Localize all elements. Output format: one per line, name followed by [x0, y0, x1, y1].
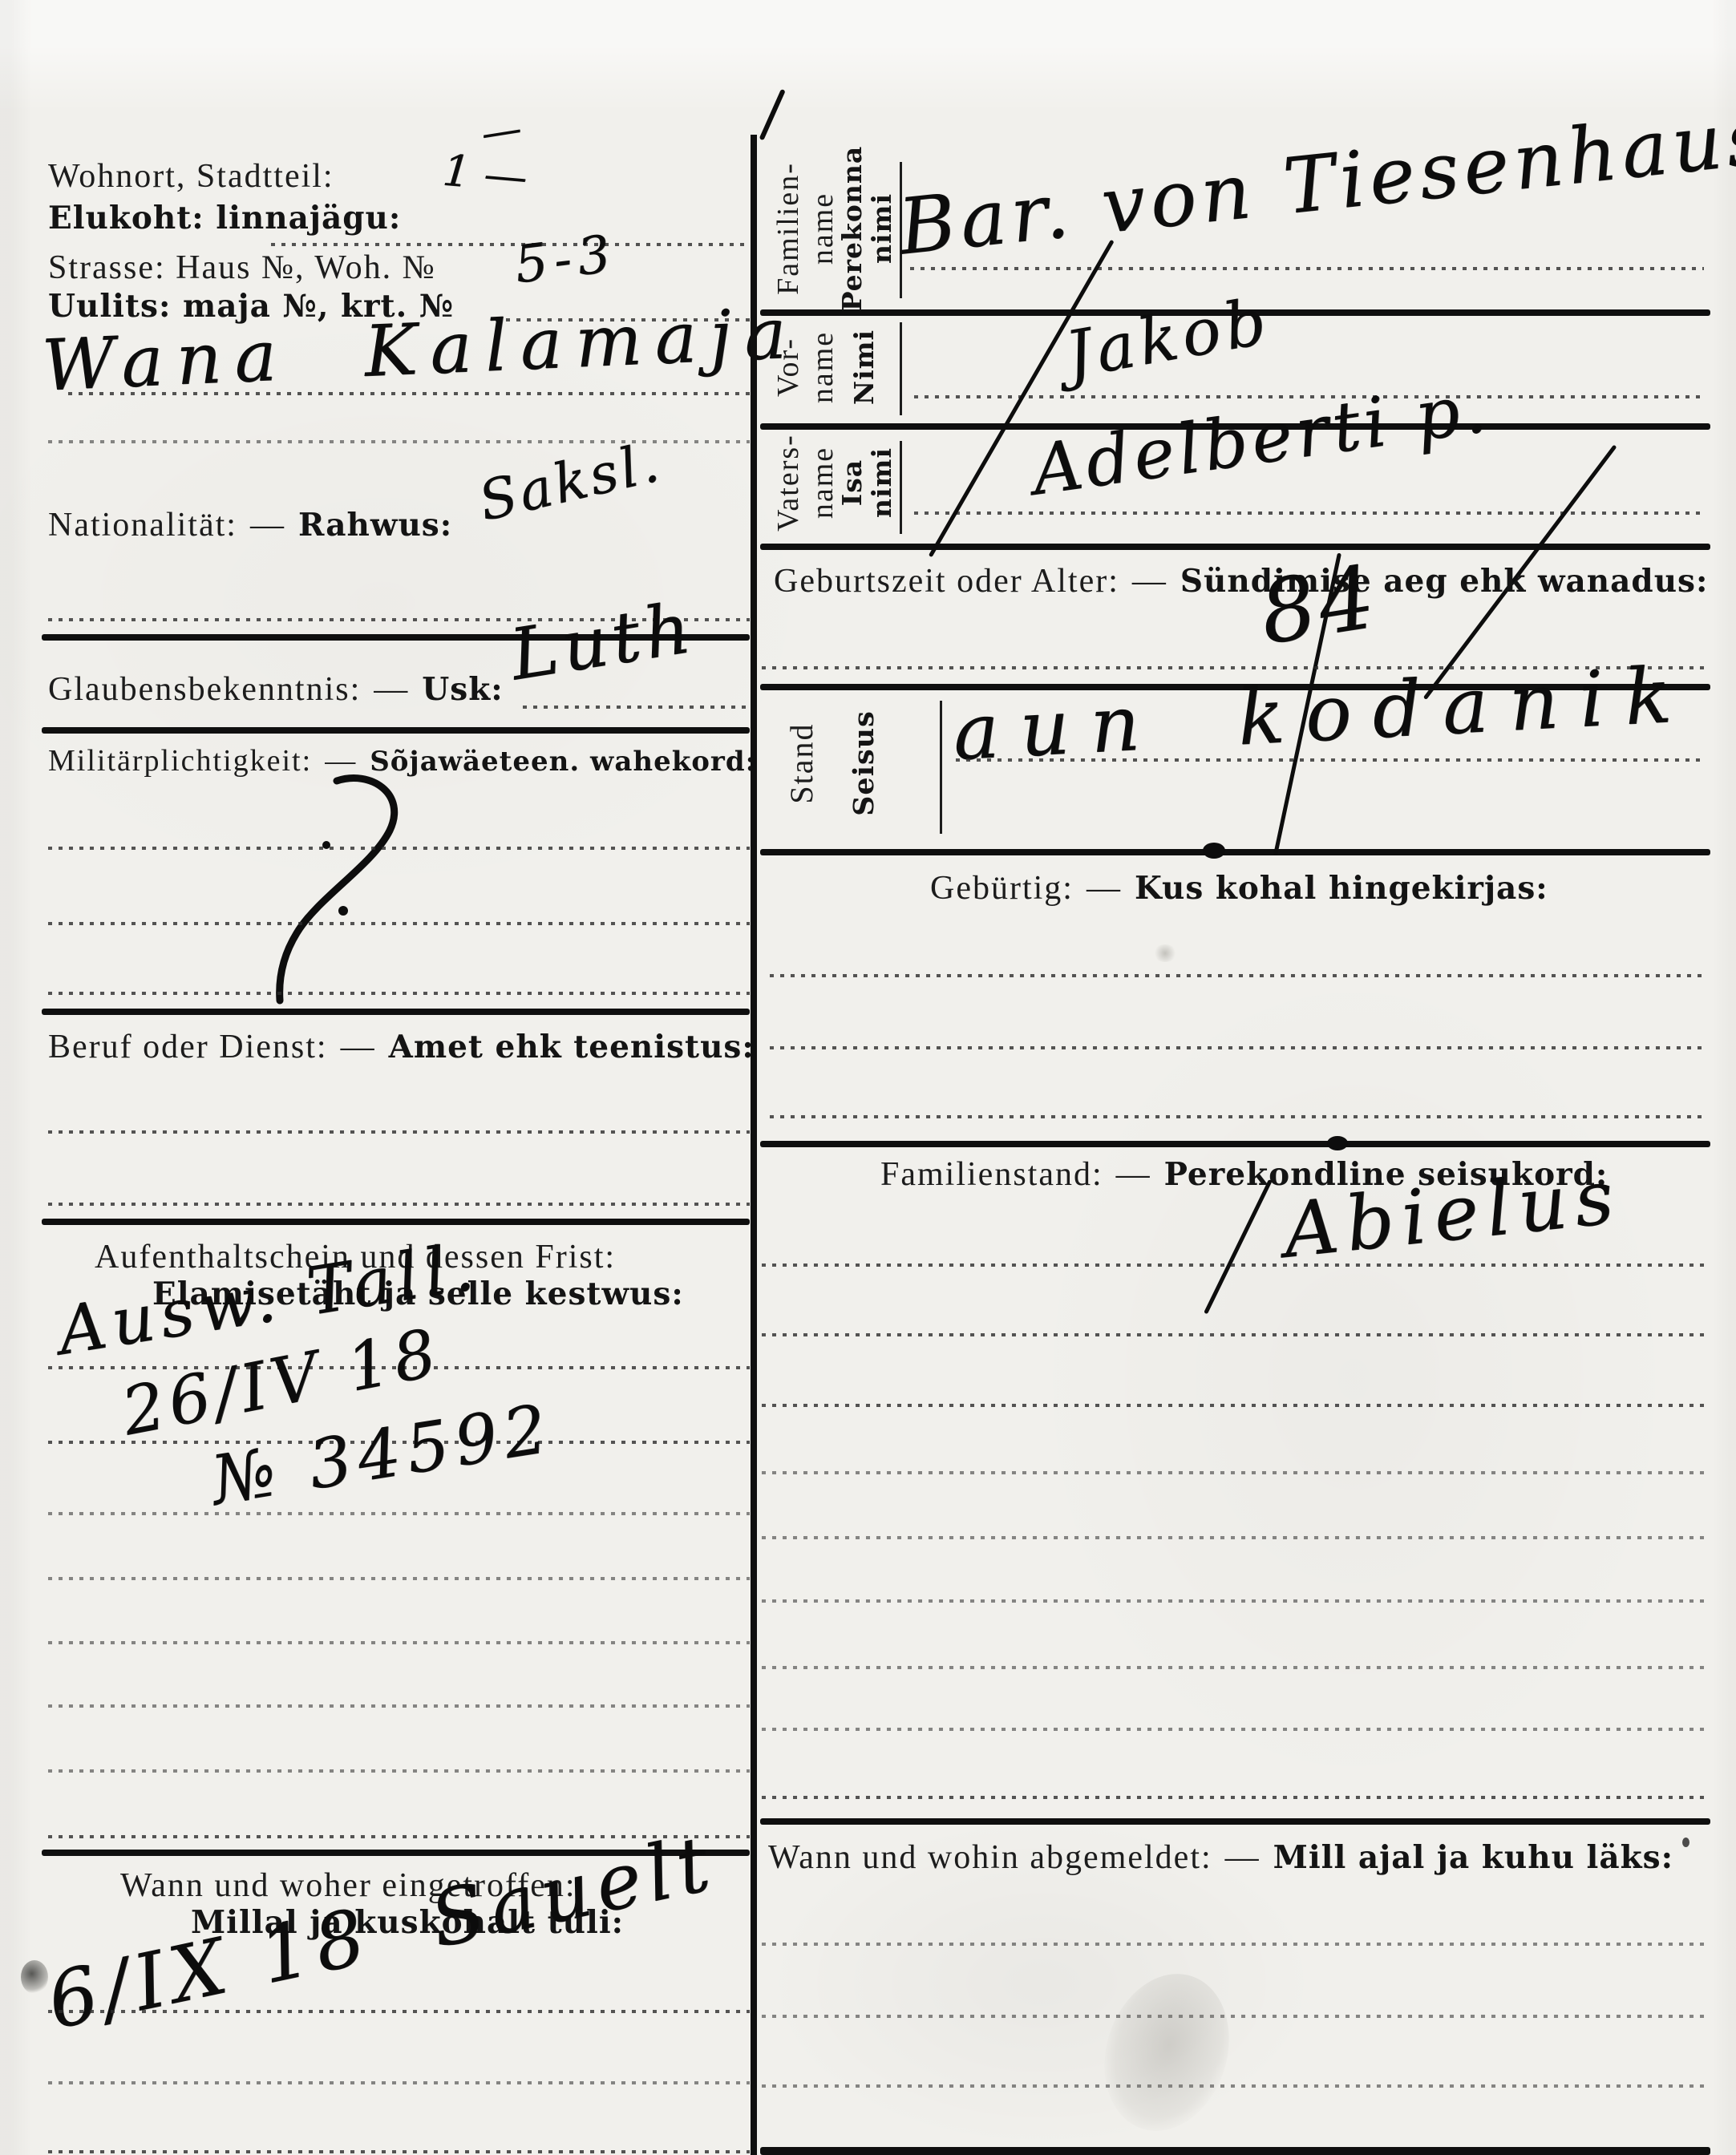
dotted-line [48, 922, 750, 925]
nationality-label: Nationalität:—Rahwus: [48, 507, 452, 543]
religion-label-estonian: Usk: [422, 671, 503, 708]
dotted-line [762, 2084, 1704, 2088]
occupation-label-german: Beruf oder Dienst: [48, 1029, 328, 1065]
religion-label: Glaubensbekenntnis:—Usk: [48, 672, 504, 707]
origin-label-german: Gebürtig: [930, 870, 1074, 907]
father-name-label-german-line1: Vaters- [771, 434, 806, 532]
label-separator-line [900, 441, 902, 534]
dotted-line [762, 1471, 1704, 1474]
rule-line [42, 1219, 750, 1225]
column-divider-line [751, 135, 757, 2155]
family-name-label-german-line1: Familien- [771, 162, 806, 295]
rule-line [760, 1818, 1710, 1825]
origin-label-estonian: Kus kohal hingekirjas: [1135, 870, 1548, 907]
dotted-line [48, 2081, 750, 2084]
label-dash: — [250, 507, 285, 543]
nationality-label-estonian: Rahwus: [298, 507, 452, 544]
label-dash: — [341, 1029, 376, 1065]
dotted-line [48, 1641, 750, 1644]
status-label-german: Stand [778, 683, 826, 843]
label-dash: — [1225, 1840, 1261, 1875]
occupation-label: Beruf oder Dienst:—Amet ehk teenistus: [48, 1029, 755, 1065]
departure-label: Wann und wohin abgemeldet:—Mill ajal ja … [768, 1840, 1673, 1875]
street-label-german: Strasse: Haus №, Woh. № [48, 250, 436, 285]
dotted-line [762, 1536, 1704, 1539]
dotted-line [762, 1943, 1704, 1946]
dotted-line [48, 1577, 750, 1580]
dotted-line [770, 974, 1704, 977]
dotted-line [48, 1769, 750, 1773]
status-label-estonian: Seisus [842, 685, 887, 842]
handwriting-flourish-stroke [929, 240, 1115, 558]
marital-label-german: Familienstand: [880, 1156, 1103, 1193]
occupation-label-estonian: Amet ehk teenistus: [389, 1029, 755, 1065]
father-name-label-estonian: Isa nimi [829, 404, 906, 561]
dotted-line [48, 992, 750, 995]
dotted-line [770, 1115, 1704, 1118]
residence-label-estonian: Elukoht: linnajägu: [48, 202, 401, 235]
status-value-handwriting: aun kodanik [951, 656, 1694, 771]
dotted-line [762, 1728, 1704, 1731]
family-name-value-handwriting: Bar. von Tiesenhausen [895, 87, 1736, 265]
military-value-question-mark-handwriting [241, 768, 425, 1009]
label-dash: — [1132, 564, 1167, 599]
father-name-value-handwriting: Adelberti p. [1028, 373, 1494, 505]
rule-line [760, 1141, 1710, 1147]
dotted-line [48, 1203, 750, 1206]
label-dash: — [1116, 1157, 1151, 1192]
father-name-label-estonian-line1: Isa [838, 459, 868, 506]
family-name-label-estonian-line2: nimi [868, 193, 897, 264]
family-name-label-estonian: Perekonna nimi [829, 152, 906, 305]
residence-label-german: Wohnort, Stadtteil: [48, 159, 334, 194]
dotted-line [762, 1796, 1704, 1799]
rule-line [42, 1009, 750, 1015]
registration-card: Wohnort, Stadtteil: Elukoht: linnajägu: … [0, 0, 1736, 2155]
nationality-value-handwriting: Saksl. [474, 435, 666, 530]
rule-line [760, 2147, 1710, 2155]
dotted-line [914, 511, 1704, 515]
dotted-line [48, 1704, 750, 1708]
stain-mark [1085, 1958, 1248, 2148]
departure-label-estonian: Mill ajal ja kuhu läks: [1273, 1839, 1673, 1876]
dotted-line [910, 267, 1704, 270]
dotted-line [762, 1333, 1704, 1336]
column-divider-top-stroke [759, 89, 786, 141]
dotted-line [523, 706, 750, 709]
handwriting-flourish-stroke [1204, 1179, 1273, 1314]
residence-value-handwriting: 1 — [441, 149, 529, 200]
label-separator-line [940, 701, 942, 834]
dotted-line [956, 758, 1704, 762]
dotted-line [271, 243, 750, 246]
dotted-line [68, 392, 750, 395]
dotted-line [48, 2150, 750, 2153]
religion-value-handwriting: Luth [506, 592, 700, 690]
ink-speck [1682, 1838, 1689, 1847]
dotted-line [762, 2015, 1704, 2018]
dotted-line [48, 1130, 750, 1134]
first-name-value-handwriting: Jakob [1061, 289, 1276, 388]
first-name-label-german-line2: name [806, 331, 840, 403]
birth-label-german: Geburtszeit oder Alter: [774, 563, 1119, 600]
stain-mark [1153, 944, 1177, 962]
status-label-estonian-text: Seisus [848, 710, 880, 816]
house-number-value-handwriting: 5-3 [512, 228, 620, 291]
father-name-label-estonian-line2: nimi [868, 447, 897, 518]
religion-label-german: Glaubensbekenntnis: [48, 671, 361, 708]
origin-label: Gebürtig:—Kus kohal hingekirjas: [930, 871, 1548, 906]
dotted-line [48, 847, 750, 850]
dotted-line [770, 1046, 1704, 1049]
dotted-line [48, 2010, 750, 2013]
birth-label: Geburtszeit oder Alter:—Sündimise aeg eh… [774, 564, 1708, 599]
rule-line [760, 849, 1710, 855]
nationality-label-german: Nationalität: [48, 507, 237, 544]
dotted-line [762, 1404, 1704, 1407]
ink-blot [1203, 843, 1225, 859]
stain-mark [21, 1960, 48, 1994]
dotted-line [762, 1666, 1704, 1669]
label-dash: — [374, 672, 409, 707]
label-separator-line [900, 322, 902, 415]
ink-blot [1327, 1136, 1348, 1150]
dotted-line [762, 1263, 1704, 1267]
dotted-line [48, 1512, 750, 1515]
rule-line [42, 727, 750, 734]
dotted-line [762, 1599, 1704, 1603]
residence-value-dash-mark: — [478, 107, 524, 153]
departure-label-german: Wann und wohin abgemeldet: [768, 1839, 1212, 1876]
military-label-estonian: Sõjawäeteen. wahekord: [370, 746, 756, 778]
arrival-place-handwriting: Sauelt [423, 1817, 722, 1965]
first-name-label-estonian-line1: Nimi [850, 330, 880, 405]
status-label-german-text: Stand [784, 722, 820, 803]
first-name-label-german-line1: Vor- [771, 338, 806, 397]
label-dash: — [1087, 871, 1122, 906]
